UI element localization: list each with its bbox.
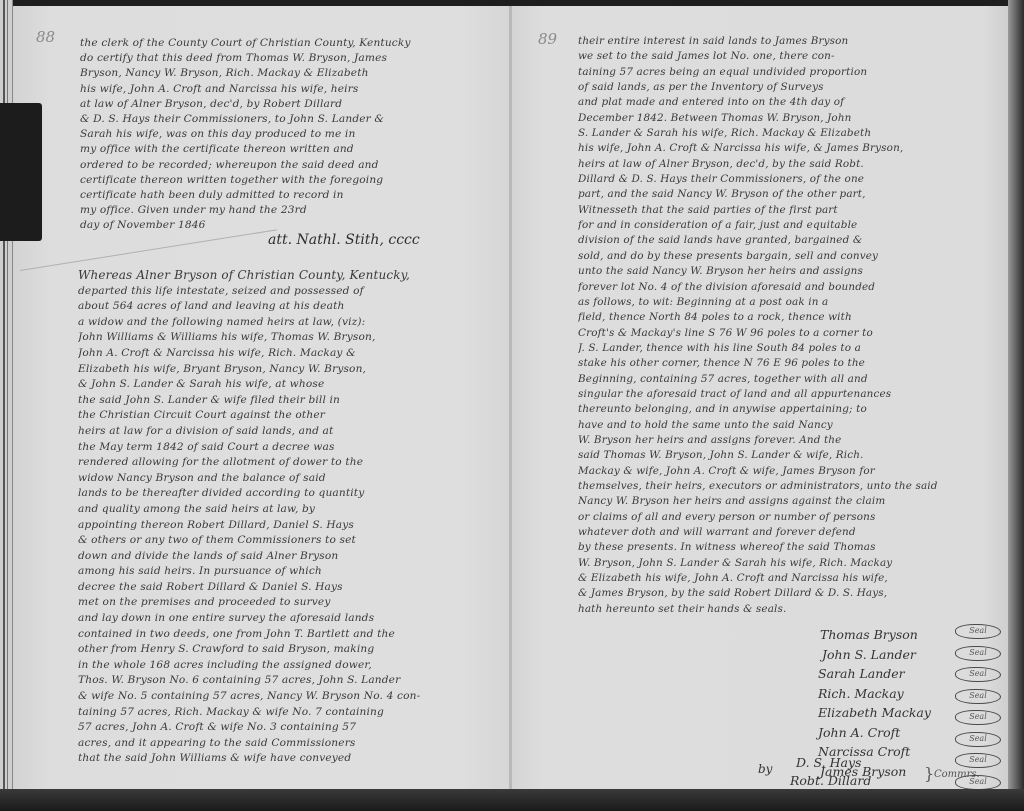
deed-line: about 564 acres of land and leaving at h… (78, 299, 483, 315)
deed-line: contained in two deeds, one from John T.… (78, 627, 483, 643)
deed-line: J. S. Lander, thence with his line South… (578, 341, 990, 356)
certificate-line: & D. S. Hays their Commissioners, to Joh… (80, 112, 480, 127)
deed-line: themselves, their heirs, executors or ad… (578, 479, 990, 494)
deed-line: a widow and the following named heirs at… (78, 315, 483, 331)
deed-line: we set to the said James lot No. one, th… (578, 49, 990, 64)
deed-line: widow Nancy Bryson and the balance of sa… (78, 471, 483, 487)
signature: John S. Lander (818, 645, 931, 665)
deed-line: said Thomas W. Bryson, John S. Lander & … (578, 448, 990, 463)
deed-body-left: Whereas Alner Bryson of Christian County… (78, 268, 483, 767)
signature: John A. Croft (818, 723, 931, 743)
deed-line: taining 57 acres, Rich. Mackay & wife No… (78, 705, 483, 721)
scan-bottom-border (0, 789, 1024, 811)
deed-line: W. Bryson, John S. Lander & Sarah his wi… (578, 556, 990, 571)
signature: Elizabeth Mackay (818, 703, 931, 723)
deed-line: W. Bryson her heirs and assigns forever.… (578, 433, 990, 448)
certificate-line: certificate thereon written together wit… (80, 173, 480, 188)
deed-line: his wife, John A. Croft & Narcissa his w… (578, 141, 990, 156)
deed-line: heirs at law of Alner Bryson, dec'd, by … (578, 157, 990, 172)
deed-line: Mackay & wife, John A. Croft & wife, Jam… (578, 464, 990, 479)
deed-line: lands to be thereafter divided according… (78, 486, 483, 502)
deed-line: field, thence North 84 poles to a rock, … (578, 310, 990, 325)
deed-line: or claims of all and every person or num… (578, 510, 990, 525)
deed-line: the said John S. Lander & wife filed the… (78, 393, 483, 409)
deed-line: whatever doth and will warrant and forev… (578, 525, 990, 540)
deed-line: unto the said Nancy W. Bryson her heirs … (578, 264, 990, 279)
deed-line: John Williams & Williams his wife, Thoma… (78, 330, 483, 346)
deed-line: for and in consideration of a fair, just… (578, 218, 990, 233)
deed-line: & James Bryson, by the said Robert Dilla… (578, 586, 990, 601)
deed-line: & Elizabeth his wife, John A. Croft and … (578, 571, 990, 586)
certificate-line: my office. Given under my hand the 23rd (80, 203, 480, 218)
deed-line: of said lands, as per the Inventory of S… (578, 80, 990, 95)
deed-line: have and to hold the same unto the said … (578, 418, 990, 433)
seal-scroll-icon: Seal (955, 710, 1001, 725)
deed-line: Dillard & D. S. Hays their Commissioners… (578, 172, 990, 187)
commissioner-signature: Robt. Dillard (790, 772, 871, 790)
clerk-certificate: the clerk of the County Court of Christi… (80, 36, 480, 234)
certificate-line: my office with the certificate thereon w… (80, 142, 480, 157)
certificate-line: do certify that this deed from Thomas W.… (80, 51, 480, 66)
deed-line: other from Henry S. Crawford to said Bry… (78, 642, 483, 658)
deed-line: met on the premises and proceeded to sur… (78, 595, 483, 611)
deed-line: that the said John Williams & wife have … (78, 751, 483, 767)
deed-line: Whereas Alner Bryson of Christian County… (78, 268, 483, 284)
deed-line: & John S. Lander & Sarah his wife, at wh… (78, 377, 483, 393)
book-right-edge (1008, 0, 1024, 811)
deed-line: sold, and do by these presents bargain, … (578, 249, 990, 264)
signature: Sarah Lander (818, 664, 931, 684)
deed-line: Croft's & Mackay's line S 76 W 96 poles … (578, 326, 990, 341)
deed-line: down and divide the lands of said Alner … (78, 549, 483, 565)
deed-line: thereunto belonging, and in anywise appe… (578, 402, 990, 417)
seal-scroll-icon: Seal (955, 624, 1001, 639)
seal-scroll-icon: Seal (955, 667, 1001, 682)
binding-tab (0, 103, 42, 241)
deed-line: singular the aforesaid tract of land and… (578, 387, 990, 402)
deed-line: & others or any two of them Commissioner… (78, 533, 483, 549)
deed-line: Witnesseth that the said parties of the … (578, 203, 990, 218)
seal-scroll-icon: Seal (955, 689, 1001, 704)
deed-line: decree the said Robert Dillard & Daniel … (78, 580, 483, 596)
deed-line: part, and the said Nancy W. Bryson of th… (578, 187, 990, 202)
deed-line: division of the said lands have granted,… (578, 233, 990, 248)
deed-line: and lay down in one entire survey the af… (78, 611, 483, 627)
brace-icon: } (924, 764, 934, 783)
certificate-line: at law of Alner Bryson, dec'd, by Robert… (80, 97, 480, 112)
deed-body-right: their entire interest in said lands to J… (578, 34, 990, 617)
commissioner-signature: D. S. Hays (790, 754, 871, 772)
commissioner-signatures: D. S. Hays Robt. Dillard (790, 754, 871, 790)
deed-line: among his said heirs. In pursuance of wh… (78, 564, 483, 580)
clerk-signature: att. Nathl. Stith, cccc (268, 232, 420, 248)
deed-line: Elizabeth his wife, Bryant Bryson, Nancy… (78, 362, 483, 378)
deed-line: the May term 1842 of said Court a decree… (78, 440, 483, 456)
deed-line: acres, and it appearing to the said Comm… (78, 736, 483, 752)
deed-line: taining 57 acres being an equal undivide… (578, 65, 990, 80)
deed-line: in the whole 168 acres including the ass… (78, 658, 483, 674)
certificate-line: the clerk of the County Court of Christi… (80, 36, 480, 51)
deed-line: as follows, to wit: Beginning at a post … (578, 295, 990, 310)
deed-line: & wife No. 5 containing 57 acres, Nancy … (78, 689, 483, 705)
certificate-line: certificate hath been duly admitted to r… (80, 188, 480, 203)
commissioners-label: Commrs. (934, 769, 980, 780)
deed-line: Thos. W. Bryson No. 6 containing 57 acre… (78, 673, 483, 689)
certificate-line: ordered to be recorded; whereupon the sa… (80, 158, 480, 173)
deed-line: Nancy W. Bryson her heirs and assigns ag… (578, 494, 990, 509)
left-page-number: 88 (36, 28, 55, 46)
deed-line: hath hereunto set their hands & seals. (578, 602, 990, 617)
deed-line: forever lot No. 4 of the division afores… (578, 280, 990, 295)
deed-line: December 1842. Between Thomas W. Bryson,… (578, 111, 990, 126)
seal-scroll-icon: Seal (955, 646, 1001, 661)
right-page-number: 89 (538, 30, 557, 48)
certificate-line: Bryson, Nancy W. Bryson, Rich. Mackay & … (80, 66, 480, 81)
deed-line: Beginning, containing 57 acres, together… (578, 372, 990, 387)
deed-line: rendered allowing for the allotment of d… (78, 455, 483, 471)
deed-line: S. Lander & Sarah his wife, Rich. Mackay… (578, 126, 990, 141)
deed-line: 57 acres, John A. Croft & wife No. 3 con… (78, 720, 483, 736)
deed-line: John A. Croft & Narcissa his wife, Rich.… (78, 346, 483, 362)
deed-line: and plat made and entered into on the 4t… (578, 95, 990, 110)
deed-line: heirs at law for a division of said land… (78, 424, 483, 440)
signature: Rich. Mackay (818, 684, 931, 704)
deed-line: departed this life intestate, seized and… (78, 284, 483, 300)
by-label: by (758, 762, 772, 776)
deed-line: by these presents. In witness whereof th… (578, 540, 990, 555)
signature: Thomas Bryson (818, 625, 931, 645)
deed-line: and quality among the said heirs at law,… (78, 502, 483, 518)
certificate-line: Sarah his wife, was on this day produced… (80, 127, 480, 142)
deed-line: their entire interest in said lands to J… (578, 34, 990, 49)
seal-scroll-icon: Seal (955, 732, 1001, 747)
deed-line: appointing thereon Robert Dillard, Danie… (78, 518, 483, 534)
deed-line: the Christian Circuit Court against the … (78, 408, 483, 424)
deed-line: stake his other corner, thence N 76 E 96… (578, 356, 990, 371)
certificate-line: his wife, John A. Croft and Narcissa his… (80, 82, 480, 97)
seal-scroll-icon: Seal (955, 753, 1001, 768)
